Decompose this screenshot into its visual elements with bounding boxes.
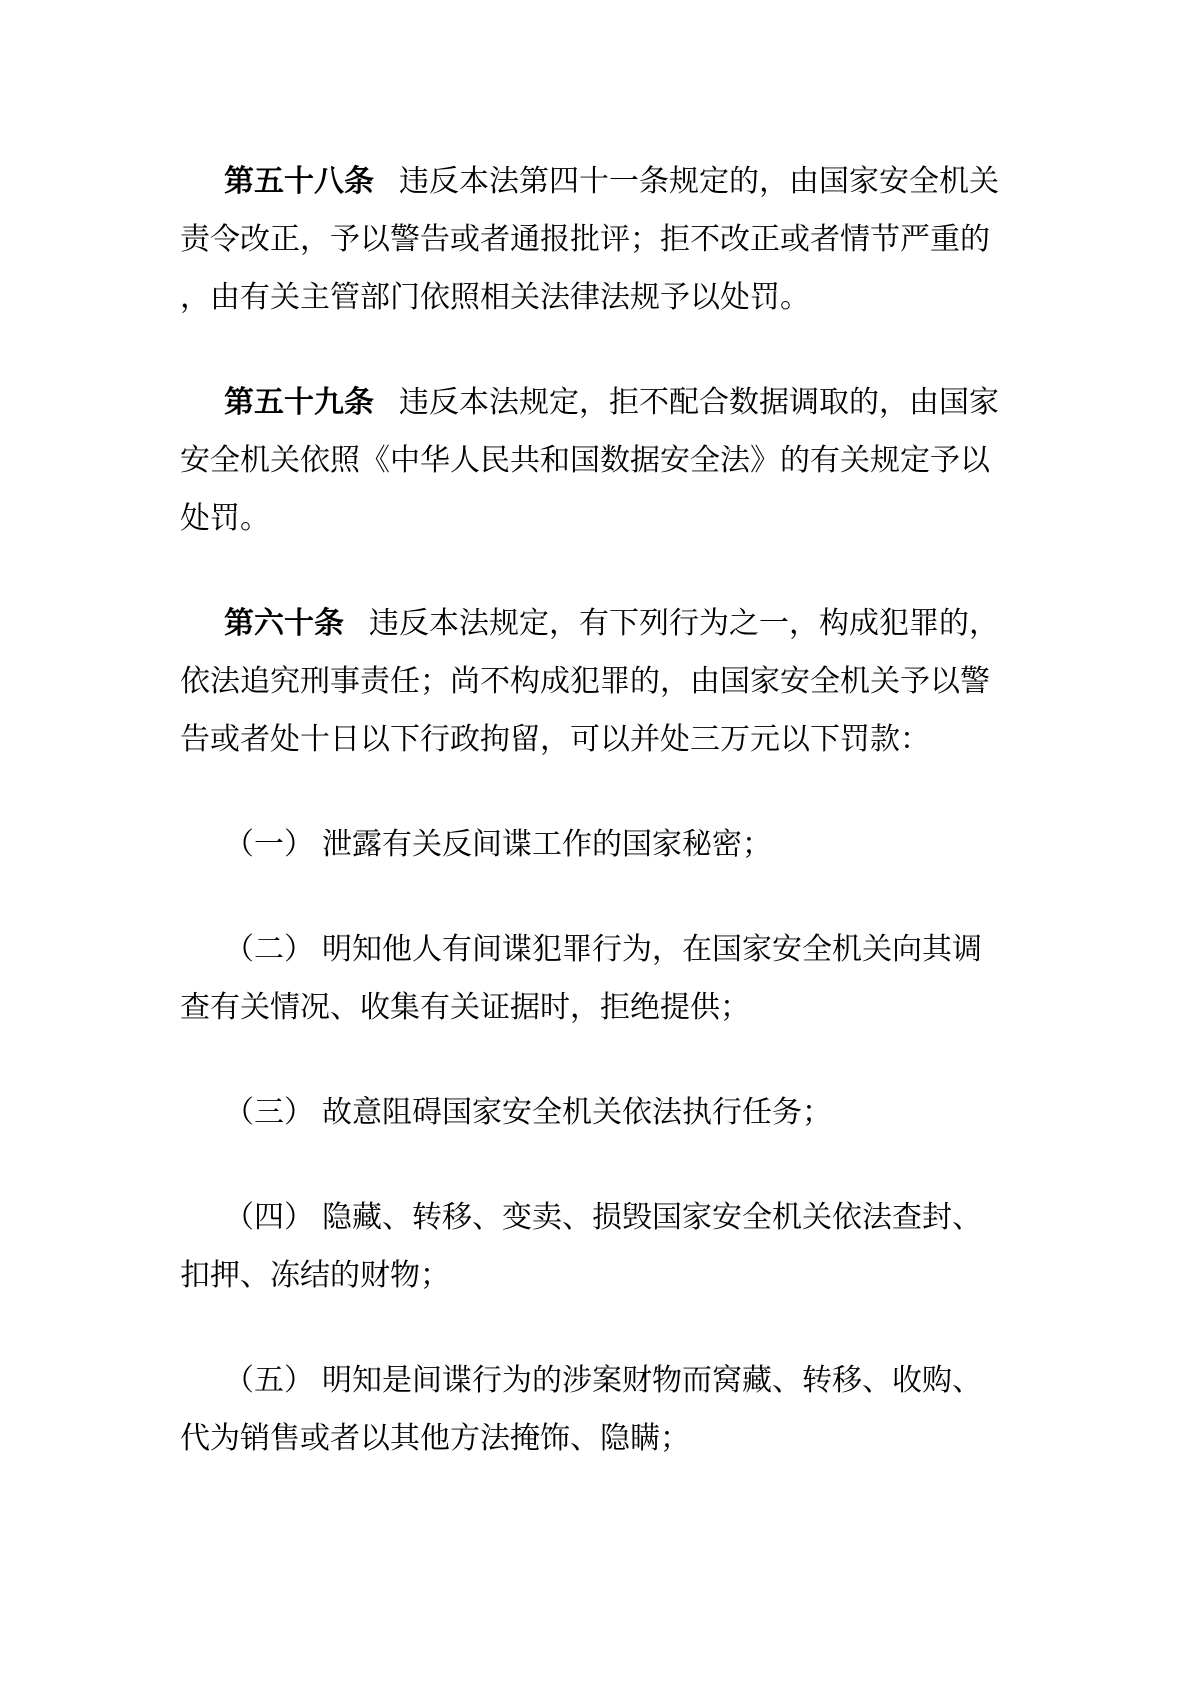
article-60-item-1: （一）泄露有关反间谍工作的国家秘密； bbox=[180, 816, 1011, 874]
article-60-item-5: （五）明知是间谍行为的涉案财物而窝藏、转移、收购、代为销售或者以其他方法掩饰、隐… bbox=[180, 1352, 1011, 1468]
article-60-number: 第六十条 bbox=[224, 607, 344, 640]
article-60-item-4: （四）隐藏、转移、变卖、损毁国家安全机关依法查封、扣押、冻结的财物； bbox=[180, 1189, 1011, 1305]
item-5-marker: （五） bbox=[224, 1364, 314, 1397]
article-60-item-3: （三）故意阻碍国家安全机关依法执行任务； bbox=[180, 1084, 1011, 1142]
item-4-marker: （四） bbox=[224, 1201, 314, 1234]
item-1-text: 泄露有关反间谍工作的国家秘密； bbox=[322, 828, 772, 861]
article-59-paragraph: 第五十九条违反本法规定，拒不配合数据调取的，由国家安全机关依照《中华人民共和国数… bbox=[180, 374, 1011, 548]
item-3-text: 故意阻碍国家安全机关依法执行任务； bbox=[322, 1096, 832, 1129]
article-58-paragraph: 第五十八条违反本法第四十一条规定的，由国家安全机关责令改正，予以警告或者通报批评… bbox=[180, 153, 1011, 327]
document-page: 第五十八条违反本法第四十一条规定的，由国家安全机关责令改正，予以警告或者通报批评… bbox=[0, 0, 1191, 1684]
article-58-number: 第五十八条 bbox=[224, 165, 374, 198]
article-60-item-2: （二）明知他人有间谍犯罪行为，在国家安全机关向其调查有关情况、收集有关证据时，拒… bbox=[180, 921, 1011, 1037]
item-3-marker: （三） bbox=[224, 1096, 314, 1129]
article-60-paragraph: 第六十条违反本法规定，有下列行为之一，构成犯罪的，依法追究刑事责任；尚不构成犯罪… bbox=[180, 595, 1011, 769]
item-1-marker: （一） bbox=[224, 828, 314, 861]
item-2-marker: （二） bbox=[224, 933, 314, 966]
article-59-number: 第五十九条 bbox=[224, 386, 374, 419]
